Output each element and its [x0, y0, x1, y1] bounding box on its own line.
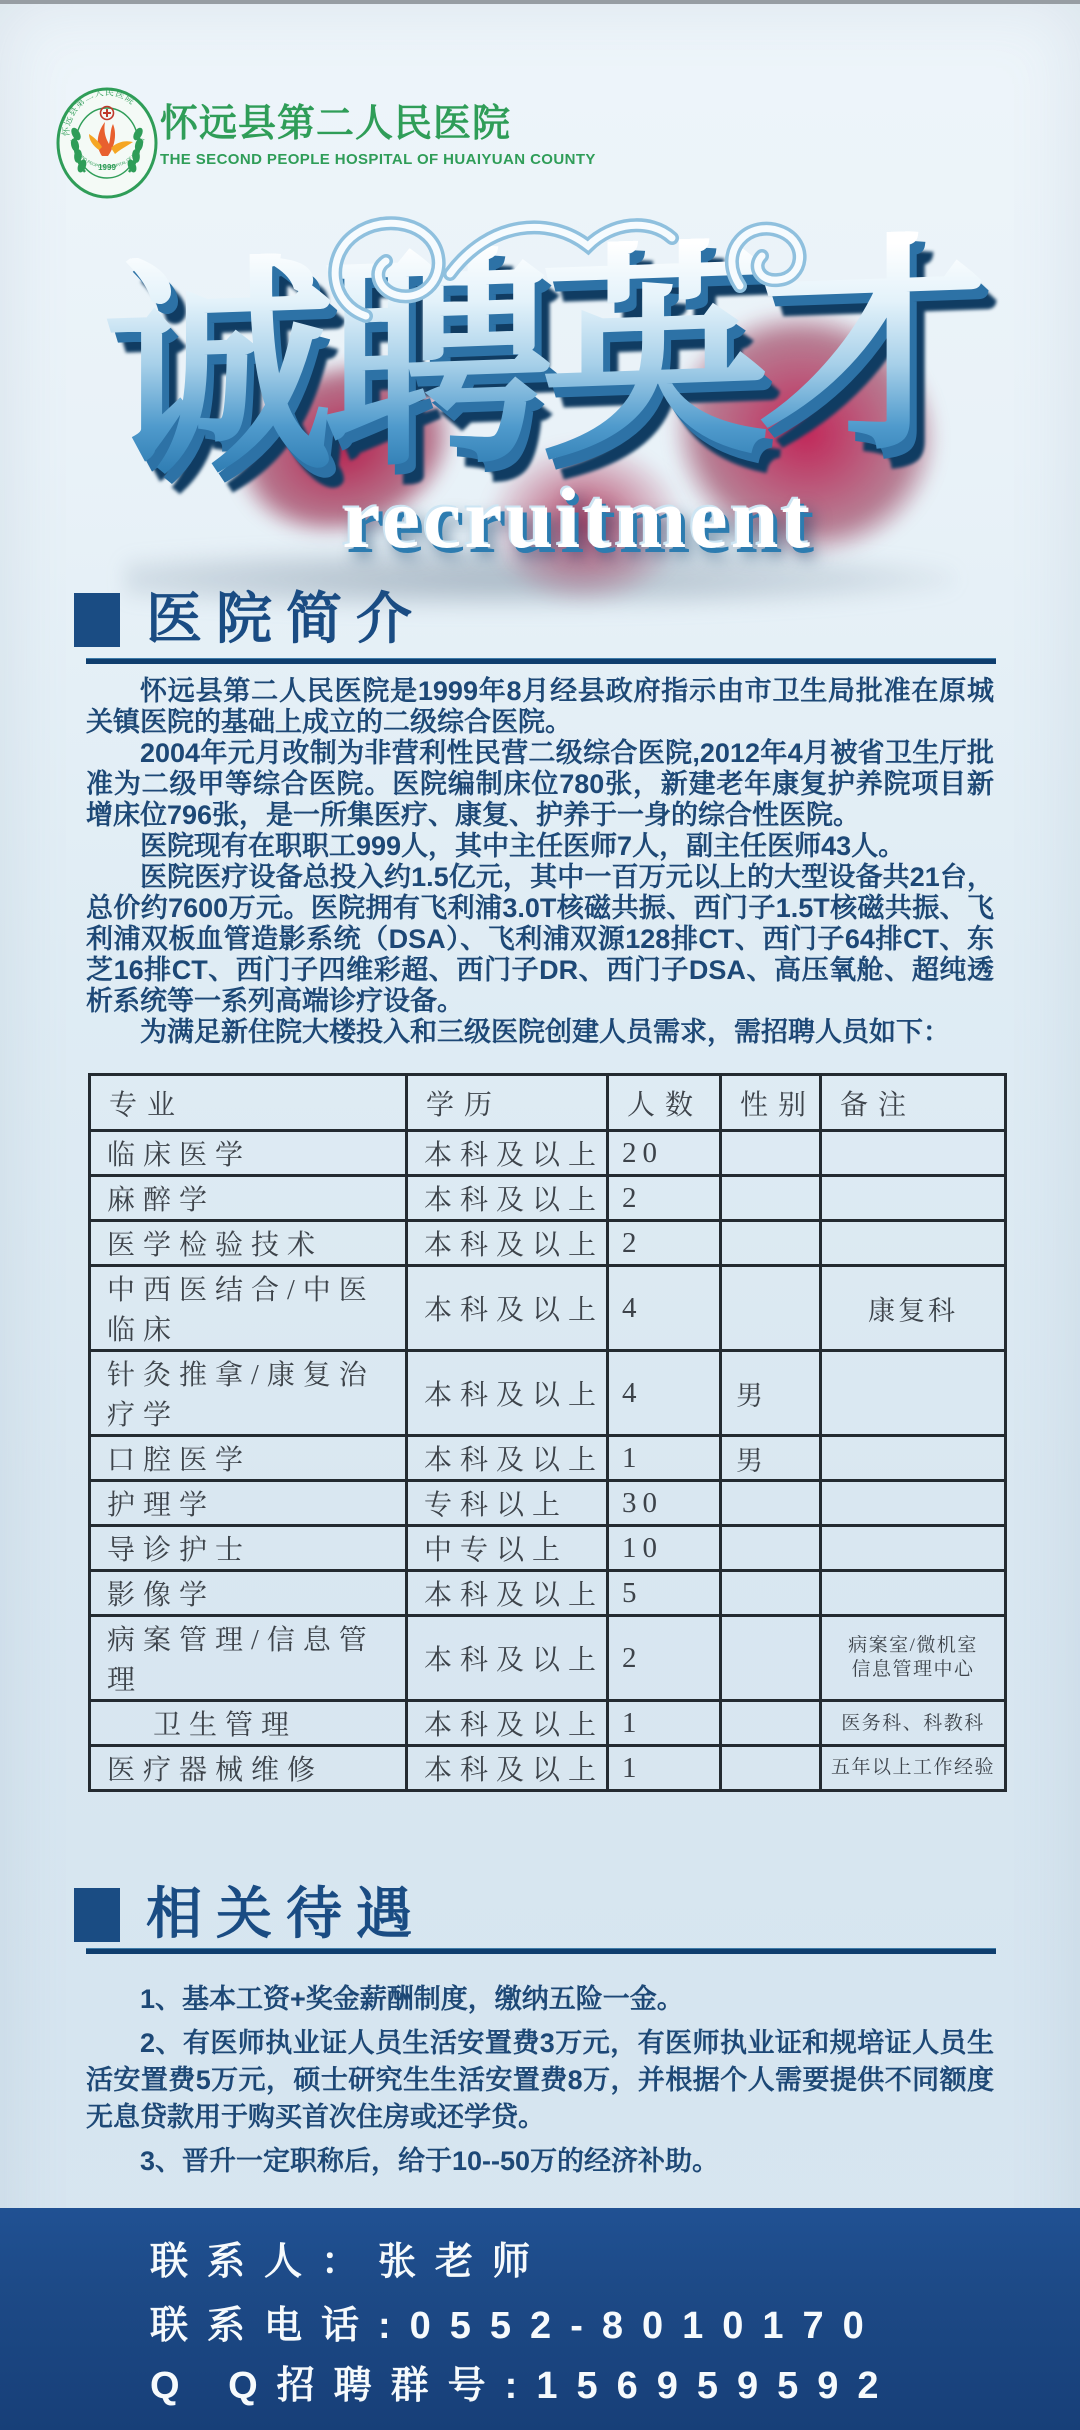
cell-gender — [721, 1526, 821, 1571]
cell-major: 医学检验技术 — [90, 1221, 407, 1266]
cell-degree: 本科及以上 — [407, 1221, 608, 1266]
cell-remark: 病案室/微机室 信息管理中心 — [821, 1616, 1006, 1701]
intro-paragraphs: 怀远县第二人民医院是1999年8月经县政府指示由市卫生局批准在原城关镇医院的基础… — [86, 676, 994, 1048]
cell-remark — [821, 1176, 1006, 1221]
cell-count: 4 — [608, 1266, 721, 1351]
cell-remark — [821, 1221, 1006, 1266]
column-header: 人数 — [608, 1075, 721, 1131]
benefit-item: 3、晋升一定职称后，给于10--50万的经济补助。 — [86, 2143, 994, 2180]
cell-count: 2 — [608, 1176, 721, 1221]
hospital-brand: 怀远县第二人民医院 THE SECOND PEOPLE HOSPITAL OF … — [160, 102, 596, 168]
cell-gender — [721, 1176, 821, 1221]
section-rule — [86, 1948, 996, 1954]
cell-remark — [821, 1526, 1006, 1571]
cell-remark — [821, 1481, 1006, 1526]
cell-count: 4 — [608, 1351, 721, 1436]
cloud-swirl-icon — [320, 198, 880, 348]
intro-paragraph: 怀远县第二人民医院是1999年8月经县政府指示由市卫生局批准在原城关镇医院的基础… — [86, 676, 994, 738]
cell-major: 护理学 — [90, 1481, 407, 1526]
cell-gender — [721, 1701, 821, 1746]
table-row: 医疗器械维修本科及以上1五年以上工作经验 — [90, 1746, 1006, 1791]
intro-paragraph: 2004年元月改制为非营利性民营二级综合医院,2012年4月被省卫生厅批准为二级… — [86, 738, 994, 831]
cell-major: 卫生管理 — [90, 1701, 407, 1746]
table-row: 针灸推拿/康复治疗学本科及以上4男 — [90, 1351, 1006, 1436]
cell-gender — [721, 1746, 821, 1791]
table-row: 中西医结合/中医临床本科及以上4康复科 — [90, 1266, 1006, 1351]
cell-degree: 本科及以上 — [407, 1351, 608, 1436]
cell-count: 2 — [608, 1221, 721, 1266]
section-rule — [86, 658, 996, 664]
cell-remark: 康复科 — [821, 1266, 1006, 1351]
cell-remark — [821, 1571, 1006, 1616]
contact-person: 联系人：张老师 — [150, 2230, 549, 2285]
recruitment-poster: 1999 怀远县第二人民医院 THE SECOND PEOPLE'S HOSPI… — [0, 0, 1080, 2430]
cell-major: 导诊护士 — [90, 1526, 407, 1571]
section-square-icon — [74, 593, 120, 647]
cell-degree: 本科及以上 — [407, 1571, 608, 1616]
cell-degree: 本科及以上 — [407, 1746, 608, 1791]
table-row: 影像学本科及以上5 — [90, 1571, 1006, 1616]
cell-count: 10 — [608, 1526, 721, 1571]
cell-degree: 中专以上 — [407, 1526, 608, 1571]
cell-gender — [721, 1266, 821, 1351]
cell-degree: 本科及以上 — [407, 1701, 608, 1746]
cell-gender — [721, 1616, 821, 1701]
section-title-benefits: 相关待遇 — [146, 1887, 426, 1943]
cell-count: 20 — [608, 1131, 721, 1176]
cell-major: 针灸推拿/康复治疗学 — [90, 1351, 407, 1436]
cell-count: 30 — [608, 1481, 721, 1526]
table-row: 卫生管理本科及以上1医务科、科教科 — [90, 1701, 1006, 1746]
cell-remark — [821, 1351, 1006, 1436]
cell-count: 1 — [608, 1746, 721, 1791]
column-header: 备注 — [821, 1075, 1006, 1131]
column-header: 专业 — [90, 1075, 407, 1131]
intro-paragraph: 医院医疗设备总投入约1.5亿元，其中一百万元以上的大型设备共21台，总价约760… — [86, 862, 994, 1017]
cell-degree: 本科及以上 — [407, 1436, 608, 1481]
cell-remark: 五年以上工作经验 — [821, 1746, 1006, 1791]
benefit-items: 1、基本工资+奖金薪酬制度，缴纳五险一金。2、有医师执业证人员生活安置费3万元，… — [86, 1981, 994, 2187]
contact-phone: 联系电话:0552-8010170 — [150, 2294, 883, 2349]
cell-gender — [721, 1481, 821, 1526]
hospital-logo-icon: 1999 怀远县第二人民医院 THE SECOND PEOPLE'S HOSPI… — [55, 86, 159, 200]
cell-count: 2 — [608, 1616, 721, 1701]
benefit-item: 2、有医师执业证人员生活安置费3万元，有医师执业证和规培证人员生活安置费5万元，… — [86, 2025, 994, 2136]
table-row: 临床医学本科及以上20 — [90, 1131, 1006, 1176]
cell-remark: 医务科、科教科 — [821, 1701, 1006, 1746]
table-row: 麻醉学本科及以上2 — [90, 1176, 1006, 1221]
table-header-row: 专业学历人数性别备注 — [90, 1075, 1006, 1131]
contact-qq-group: Q Q招聘群号:156959592 — [150, 2354, 898, 2409]
column-header: 学历 — [407, 1075, 608, 1131]
cell-degree: 专科以上 — [407, 1481, 608, 1526]
table-row: 导诊护士中专以上10 — [90, 1526, 1006, 1571]
cell-major: 中西医结合/中医临床 — [90, 1266, 407, 1351]
section-header-intro: 医院简介 — [74, 592, 426, 648]
cell-major: 口腔医学 — [90, 1436, 407, 1481]
cell-gender: 男 — [721, 1436, 821, 1481]
cell-gender — [721, 1221, 821, 1266]
contact-footer: 联系人：张老师 联系电话:0552-8010170 Q Q招聘群号:156959… — [0, 2208, 1080, 2430]
cell-major: 病案管理/信息管理 — [90, 1616, 407, 1701]
table-row: 病案管理/信息管理本科及以上2病案室/微机室 信息管理中心 — [90, 1616, 1006, 1701]
cell-gender — [721, 1571, 821, 1616]
recruitment-table: 专业学历人数性别备注 临床医学本科及以上20麻醉学本科及以上2医学检验技术本科及… — [88, 1073, 1007, 1792]
column-header: 性别 — [721, 1075, 821, 1131]
hospital-name-zh: 怀远县第二人民医院 — [160, 102, 596, 146]
cell-count: 1 — [608, 1436, 721, 1481]
cell-count: 5 — [608, 1571, 721, 1616]
hospital-name-en: THE SECOND PEOPLE HOSPITAL OF HUAIYUAN C… — [160, 151, 596, 168]
section-header-benefits: 相关待遇 — [74, 1887, 426, 1943]
hospital-header: 1999 怀远县第二人民医院 THE SECOND PEOPLE'S HOSPI… — [0, 0, 1080, 230]
intro-paragraph: 为满足新住院大楼投入和三级医院创建人员需求，需招聘人员如下： — [86, 1017, 994, 1048]
cell-major: 麻醉学 — [90, 1176, 407, 1221]
cell-degree: 本科及以上 — [407, 1176, 608, 1221]
table-row: 口腔医学本科及以上1男 — [90, 1436, 1006, 1481]
section-square-icon — [74, 1888, 120, 1942]
cell-major: 临床医学 — [90, 1131, 407, 1176]
intro-paragraph: 医院现有在职职工999人，其中主任医师7人，副主任医师43人。 — [86, 831, 994, 862]
banner-subtitle: recruitment — [342, 468, 813, 568]
benefit-item: 1、基本工资+奖金薪酬制度，缴纳五险一金。 — [86, 1981, 994, 2018]
cell-major: 影像学 — [90, 1571, 407, 1616]
cell-remark — [821, 1436, 1006, 1481]
cell-degree: 本科及以上 — [407, 1616, 608, 1701]
table-row: 护理学专科以上30 — [90, 1481, 1006, 1526]
cell-remark — [821, 1131, 1006, 1176]
cell-degree: 本科及以上 — [407, 1266, 608, 1351]
recruitment-banner: 诚聘英才 诚聘英才 诚聘英才 recruitment — [85, 218, 995, 608]
cell-count: 1 — [608, 1701, 721, 1746]
cell-major: 医疗器械维修 — [90, 1746, 407, 1791]
cell-gender: 男 — [721, 1351, 821, 1436]
section-title-intro: 医院简介 — [146, 592, 426, 648]
cell-gender — [721, 1131, 821, 1176]
cell-degree: 本科及以上 — [407, 1131, 608, 1176]
table-row: 医学检验技术本科及以上2 — [90, 1221, 1006, 1266]
